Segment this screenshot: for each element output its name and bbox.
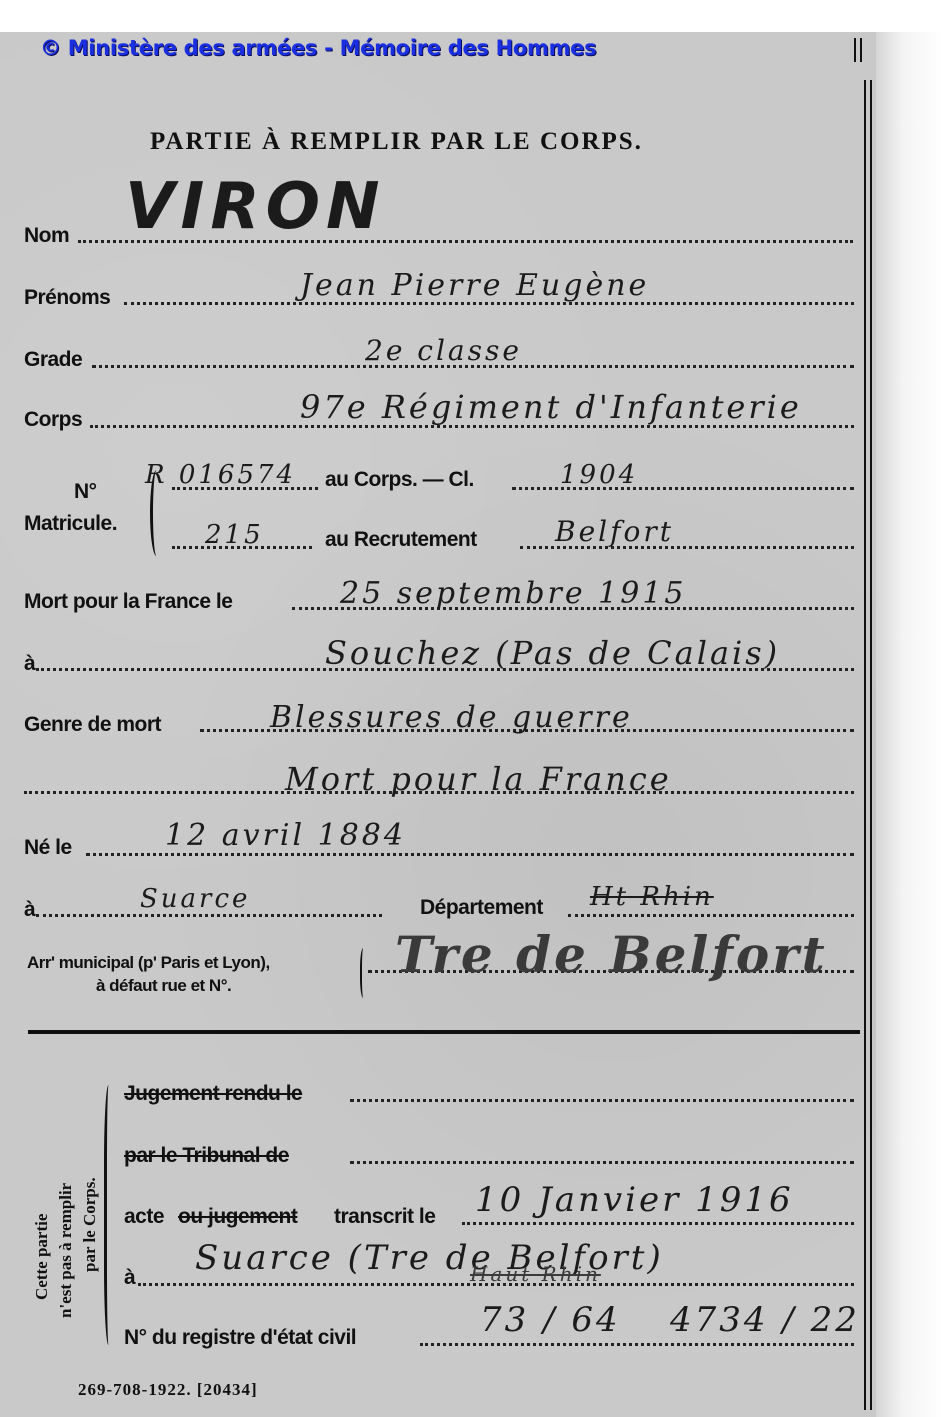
value-lieu-barre: Haut Rhin xyxy=(470,1262,601,1286)
value-prenoms: Jean Pierre Eugène xyxy=(300,268,649,303)
field-line xyxy=(568,914,854,917)
right-border-top xyxy=(860,38,862,62)
label-prenoms: Prénoms xyxy=(24,286,110,310)
field-line xyxy=(420,1343,854,1346)
value-registre-2: 4734 / 22 xyxy=(670,1300,860,1340)
label-ne-le: Né le xyxy=(24,836,72,860)
value-nom: VIRON xyxy=(125,170,386,244)
transcription-brace xyxy=(104,1085,119,1345)
label-a-transcription: à xyxy=(124,1266,135,1290)
form-title: PARTIE À REMPLIR PAR LE CORPS. xyxy=(150,128,643,156)
label-a-naissance: à xyxy=(24,898,35,922)
value-corps: 97e Régiment d'Infanterie xyxy=(300,388,802,426)
section-divider xyxy=(28,1030,860,1034)
label-arr-municipal: Arr' municipal (p' Paris et Lyon), xyxy=(27,953,270,973)
right-border xyxy=(864,80,866,1410)
label-acte: acte xyxy=(124,1205,164,1229)
arr-brace xyxy=(360,948,368,998)
side-note-line-2: n'est pas à remplir xyxy=(56,1183,76,1318)
field-line xyxy=(350,1161,854,1164)
label-jugement-rendu: Jugement rendu le xyxy=(124,1082,302,1106)
value-matricule-recrutement: 215 xyxy=(205,520,264,550)
label-genre-de-mort: Genre de mort xyxy=(24,713,161,737)
value-matricule-corps: R 016574 xyxy=(145,460,296,490)
field-line xyxy=(350,1099,854,1102)
label-nom: Nom xyxy=(24,224,69,248)
value-grade: 2e classe xyxy=(365,334,522,367)
field-line xyxy=(462,1222,854,1225)
label-grade: Grade xyxy=(24,348,82,372)
label-a: à xyxy=(24,652,35,676)
right-border-top xyxy=(854,38,856,62)
value-recrutement: Belfort xyxy=(555,515,674,548)
value-genre-de-mort-2: Mort pour la France xyxy=(285,760,672,798)
label-registre: N° du registre d'état civil xyxy=(124,1326,356,1350)
field-line xyxy=(36,914,382,917)
label-departement: Département xyxy=(420,896,543,920)
label-au-recrutement: au Recrutement xyxy=(325,528,477,552)
side-note-line-3: par le Corps. xyxy=(80,1177,100,1272)
copyright-watermark: © Ministère des armées - Mémoire des Hom… xyxy=(40,36,596,60)
value-date-naissance: 12 avril 1884 xyxy=(165,818,406,853)
label-ou-jugement: ou jugement xyxy=(178,1205,297,1229)
scan-edge xyxy=(876,32,944,1417)
value-genre-de-mort-1: Blessures de guerre xyxy=(270,700,633,735)
value-date-deces: 25 septembre 1915 xyxy=(340,576,687,611)
label-transcrit-le: transcrit le xyxy=(334,1205,435,1229)
page-margin xyxy=(0,0,944,32)
label-corps: Corps xyxy=(24,408,82,432)
side-note-line-1: Cette partie xyxy=(32,1214,52,1300)
label-defaut-rue: à défaut rue et N°. xyxy=(96,976,231,996)
label-matricule: Matricule. xyxy=(24,512,117,536)
label-par-le-tribunal: par le Tribunal de xyxy=(124,1144,289,1168)
field-line xyxy=(86,853,854,856)
label-mort-pour-la-france: Mort pour la France le xyxy=(24,590,232,614)
value-date-transcription: 10 Janvier 1916 xyxy=(475,1180,794,1220)
form-print-code: 269-708-1922. [20434] xyxy=(78,1380,258,1400)
value-lieu-naissance: Suarce xyxy=(140,884,250,914)
label-no: N° xyxy=(74,480,97,504)
value-arrondissement: Tre de Belfort xyxy=(395,925,828,984)
value-registre-1: 73 / 64 xyxy=(480,1300,621,1340)
right-border xyxy=(870,80,872,1410)
value-lieu-deces: Souchez (Pas de Calais) xyxy=(325,634,780,672)
value-classe: 1904 xyxy=(560,460,638,490)
value-departement: Ht Rhin xyxy=(590,882,714,912)
label-au-corps: au Corps. — Cl. xyxy=(325,468,474,492)
